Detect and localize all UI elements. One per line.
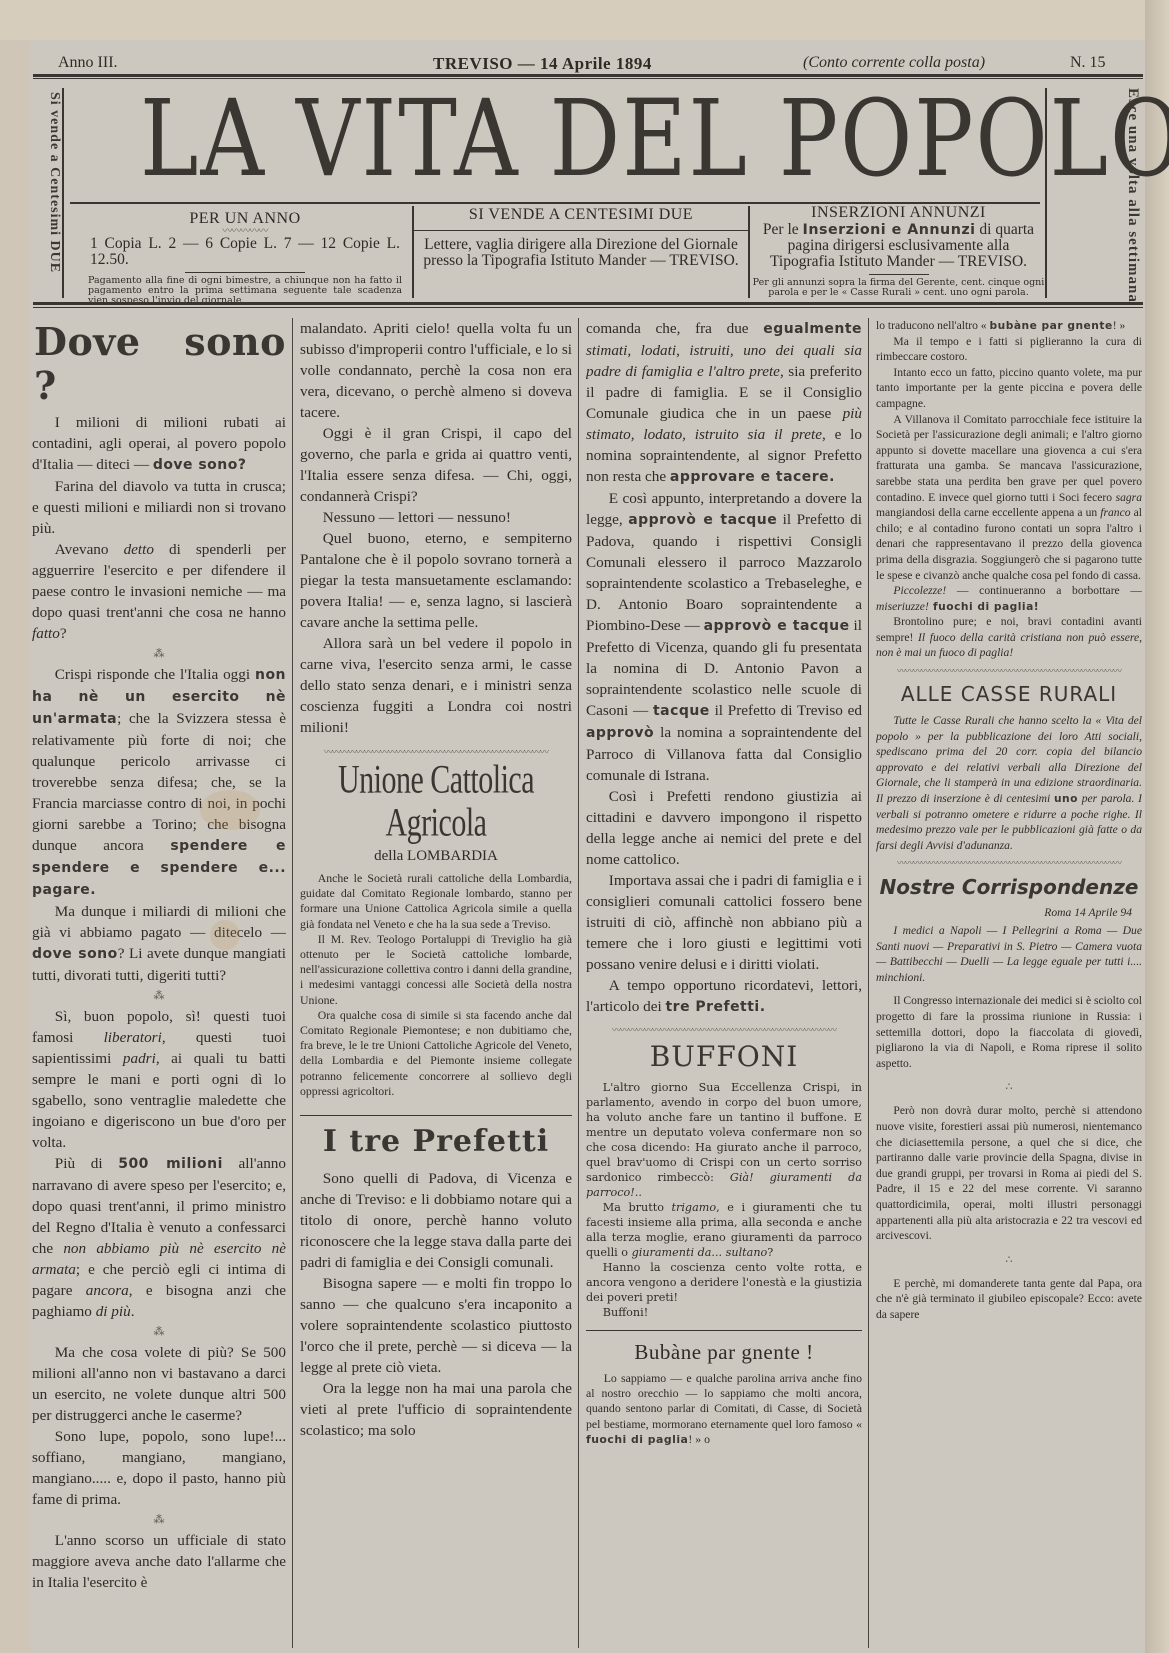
- paragraph: Ma il tempo e i fatti si piglieranno la …: [876, 334, 1142, 365]
- subscription-prices: 1 Copia L. 2 — 6 Copie L. 7 — 12 Copie L…: [80, 236, 410, 268]
- text-bold: dove sono?: [153, 457, 247, 473]
- text-italic: padri: [123, 1050, 156, 1067]
- asterism-divider: ∴: [876, 1081, 1142, 1093]
- paper-stain: [210, 920, 240, 950]
- postal-note: (Conto corrente colla posta): [803, 54, 985, 72]
- text: Crispi risponde che l'Italia oggi: [55, 666, 255, 683]
- correspondence-summary: I medici a Napoli — I Pellegrini a Roma …: [876, 923, 1142, 985]
- paragraph: Buffoni!: [586, 1305, 862, 1320]
- sale-box: SI VENDE A CENTESIMI DUE Lettere, vaglia…: [412, 206, 750, 298]
- issue-number: N. 15: [1070, 54, 1106, 72]
- text-italic: fatto: [32, 625, 60, 642]
- paragraph: E perchè, mi domanderete tanta gente dal…: [876, 1276, 1142, 1323]
- paragraph: A tempo opportuno ricordatevi, lettori, …: [586, 975, 862, 1018]
- text-bold: fuochi di paglia!: [929, 600, 1039, 613]
- text-bold: uno: [1054, 792, 1078, 805]
- paragraph: Intanto ecco un fatto, piccino quanto vo…: [876, 365, 1142, 412]
- paragraph: Anche le Società rurali cattoliche della…: [300, 871, 572, 932]
- scan-margin-left: [0, 40, 30, 1653]
- column-divider: [292, 318, 293, 1648]
- paragraph: A Villanova il Comitato parrocchiale fec…: [876, 412, 1142, 584]
- paragraph: Avevano detto di spenderli per agguerrir…: [32, 539, 286, 644]
- article-title-corrispondenze: Nostre Corrispondenze: [876, 873, 1142, 901]
- text-bold: 500 milioni: [118, 1156, 223, 1172]
- paragraph: Però non dovrà durar molto, perchè si at…: [876, 1103, 1142, 1243]
- text-italic: ancora: [86, 1282, 129, 1299]
- page-edge: [1145, 0, 1169, 1653]
- ornament-rule: 〰〰〰〰〰〰〰〰〰〰〰〰〰〰〰〰〰〰〰〰〰〰〰〰〰〰〰〰: [300, 748, 572, 756]
- paragraph: E così appunto, interpretando a dovere l…: [586, 488, 862, 786]
- text-italic: giuramenti da... sultano: [632, 1246, 768, 1259]
- text: comanda che, fra due: [586, 320, 763, 337]
- paragraph: Farina del diavolo va tutta in crusca; e…: [32, 476, 286, 539]
- masthead-rule-bottom: [33, 302, 1143, 308]
- text-italic: sagra: [1116, 491, 1142, 504]
- paragraph: Hanno la coscienza cento volte rotta, e …: [586, 1260, 862, 1305]
- text: ?: [60, 625, 67, 642]
- text: Lo sappiamo — e qualche parolina arriva …: [586, 1371, 862, 1431]
- paragraph: Piccolezze! — continueranno a borbottare…: [876, 583, 1142, 614]
- column-divider: [868, 318, 869, 1648]
- text-italic: Piccolezze!: [893, 584, 946, 597]
- text: Avevano: [55, 541, 124, 558]
- text-bold: approvò e tacque: [704, 618, 850, 634]
- text: ! » o: [688, 1432, 710, 1446]
- article-title-dove-sono: Dove sono ?: [34, 320, 286, 408]
- text-italic: di più: [96, 1303, 131, 1320]
- paragraph: Ma brutto trigamo, e i giuramenti che tu…: [586, 1200, 862, 1260]
- divider: [414, 230, 748, 231]
- paragraph: L'altro giorno Sua Eccellenza Crispi, in…: [586, 1080, 862, 1200]
- correspondence-dateline: Roma 14 Aprile 94: [876, 905, 1132, 921]
- dateline: TREVISO — 14 Aprile 1894: [433, 54, 652, 74]
- text: A Villanova il Comitato parrocchiale fec…: [876, 413, 1142, 504]
- text: .: [131, 1303, 135, 1320]
- asterism-divider: ∴: [876, 1254, 1142, 1266]
- text-bold: fuochi di paglia: [586, 1433, 688, 1446]
- text: ?: [767, 1246, 773, 1259]
- advertising-heading: INSERZIONI ANNUNZI: [752, 204, 1045, 222]
- text-bold: approvò e tacque: [628, 512, 777, 528]
- column-divider: [578, 318, 579, 1648]
- scan-margin-top: [0, 0, 1169, 40]
- newspaper-title: LA VITA DEL POPOLO: [140, 86, 1020, 218]
- text: mangiandosi della carne eccellente appen…: [876, 506, 1100, 519]
- advertising-box: INSERZIONI ANNUNZI Per le Inserzioni e A…: [752, 206, 1045, 298]
- asterism-divider: ⁂: [32, 1514, 286, 1526]
- text-italic: trigamo: [672, 1201, 717, 1214]
- paragraph: Ma che cosa volete di più? Se 500 milion…: [32, 1342, 286, 1426]
- ornament-rule: 〰〰〰〰〰〰〰〰〰〰〰〰〰〰〰〰〰〰〰〰〰〰〰〰〰〰〰〰: [876, 667, 1142, 675]
- divider: [185, 272, 305, 273]
- text: Per le: [763, 221, 803, 238]
- text: ; che la Svizzera stessa è relativamente…: [32, 710, 286, 854]
- paragraph: Allora sarà un bel vedere il popolo in c…: [300, 633, 572, 738]
- article-subtitle: della LOMBARDIA: [300, 846, 572, 867]
- paragraph: Importava assai che i padri di famiglia …: [586, 870, 862, 975]
- paragraph: lo traducono nell'altro « bubàne par gne…: [876, 318, 1142, 334]
- text-bold: egualmente: [763, 321, 862, 337]
- text-italic: miseriuzze!: [876, 600, 929, 613]
- sale-address: Lettere, vaglia dirigere alla Direzione …: [414, 237, 748, 269]
- text-bold: tacque: [653, 703, 710, 719]
- ornament-rule: 〰〰〰〰〰〰〰〰〰〰〰〰〰〰〰〰〰〰〰〰〰〰〰〰〰〰〰〰: [586, 1026, 862, 1034]
- paragraph: Brontolino pure; e noi, bravi contadini …: [876, 614, 1142, 661]
- article-title-bubane: Bubàne par gnente !: [586, 1339, 862, 1365]
- text-italic: franco: [1100, 506, 1130, 519]
- text-bold: bubàne par gnente: [990, 319, 1113, 332]
- text: Ma dunque i miliardi di milioni che già …: [32, 903, 286, 941]
- paragraph: malandato. Apriti cielo! quella volta fu…: [300, 318, 572, 423]
- paragraph: Crispi risponde che l'Italia oggi non ha…: [32, 664, 286, 901]
- paragraph: Il Congresso internazionale dei medici s…: [876, 993, 1142, 1071]
- text-italic: liberatori: [104, 1029, 162, 1046]
- text: Ma brutto: [603, 1201, 672, 1214]
- section-rule: [586, 1330, 862, 1331]
- paragraph: Più di 500 milioni all'anno narravano di…: [32, 1153, 286, 1322]
- text-bold: dove sono: [32, 946, 118, 962]
- text: L'altro giorno Sua Eccellenza Crispi, in…: [586, 1081, 862, 1184]
- text: — continueranno a borbottare —: [946, 584, 1142, 597]
- paragraph: Bisogna sapere — e molti fin troppo lo s…: [300, 1273, 572, 1378]
- column-1: Dove sono ? I milioni di milioni rubati …: [32, 318, 286, 1648]
- article-title-unione: Unione Cattolica Agricola: [300, 759, 572, 845]
- paragraph: Tutte le Casse Rurali che hanno scelto l…: [876, 713, 1142, 853]
- section-rule: [300, 1115, 572, 1116]
- paragraph: Così i Prefetti rendono giustizia ai cit…: [586, 786, 862, 870]
- paragraph: Ora qualche cosa di simile si sta facend…: [300, 1008, 572, 1099]
- text: ! »: [1113, 319, 1126, 332]
- paragraph: L'anno scorso un ufficiale di stato magg…: [32, 1530, 286, 1593]
- text: lo traducono nell'altro «: [876, 319, 990, 332]
- text-bold: approvare e tacere.: [670, 469, 835, 485]
- divider: [869, 274, 929, 275]
- paragraph: I milioni di milioni rubati ai contadini…: [32, 412, 286, 476]
- asterism-divider: ⁂: [32, 1326, 286, 1338]
- text-italic: detto: [124, 541, 154, 558]
- paragraph: Nessuno — lettori — nessuno!: [300, 507, 572, 528]
- paragraph: comanda che, fra due egualmente stimati,…: [586, 318, 862, 488]
- masthead-topline: Anno III. TREVISO — 14 Aprile 1894 (Cont…: [58, 52, 1118, 74]
- article-title-tre-prefetti: I tre Prefetti: [300, 1124, 572, 1160]
- article-title-casse-rurali: ALLE CASSE RURALI: [876, 681, 1142, 707]
- ornament-rule: 〰〰〰〰〰〰〰〰〰〰〰〰〰〰〰〰〰〰〰〰〰〰〰〰〰〰〰〰: [876, 859, 1142, 867]
- text-bold: Inserzioni e Annunzi: [803, 222, 976, 238]
- asterism-divider: ⁂: [32, 990, 286, 1002]
- asterism-divider: ⁂: [32, 648, 286, 660]
- subscription-box: PER UN ANNO 〰〰〰〰〰 1 Copia L. 2 — 6 Copie…: [80, 206, 410, 298]
- paragraph: Ora la legge non ha mai una parola che v…: [300, 1378, 572, 1441]
- paragraph: Il M. Rev. Teologo Portaluppi di Trevigl…: [300, 932, 572, 1008]
- paragraph: Quel buono, eterno, e sempiterno Pantalo…: [300, 528, 572, 633]
- advertising-body: Per le Inserzioni e Annunzi di quarta pa…: [752, 222, 1045, 270]
- paragraph: Sono quelli di Padova, di Vicenza e anch…: [300, 1168, 572, 1273]
- paragraph: Sì, buon popolo, sì! questi tuoi famosi …: [32, 1006, 286, 1153]
- sale-heading: SI VENDE A CENTESIMI DUE: [414, 206, 748, 224]
- advertising-note: Per gli annunzi sopra la firma del Geren…: [752, 278, 1045, 298]
- text: il Prefetto di Treviso ed: [710, 702, 862, 719]
- paragraph: Sono lupe, popolo, sono lupe!... soffian…: [32, 1426, 286, 1510]
- paragraph: Ma dunque i miliardi di milioni che già …: [32, 901, 286, 986]
- side-label-left: Si vende a Centesimi DUE: [38, 92, 60, 297]
- column-3: comanda che, fra due egualmente stimati,…: [586, 318, 862, 1648]
- text-bold: tre Prefetti.: [666, 999, 766, 1015]
- paragraph: Oggi è il gran Crispi, il capo del gover…: [300, 423, 572, 507]
- text: il Prefetto di Padova, quando i rispetti…: [586, 511, 862, 634]
- text-bold: approvò: [586, 725, 654, 741]
- column-2: malandato. Apriti cielo! quella volta fu…: [300, 318, 572, 1648]
- paragraph: Lo sappiamo — e qualche parolina arriva …: [586, 1371, 862, 1447]
- paper-stain: [200, 790, 260, 830]
- article-title-buffoni: BUFFONI: [586, 1040, 862, 1074]
- text: Più di: [55, 1155, 118, 1172]
- issue-year: Anno III.: [58, 54, 118, 72]
- column-4: lo traducono nell'altro « bubàne par gne…: [876, 318, 1142, 1648]
